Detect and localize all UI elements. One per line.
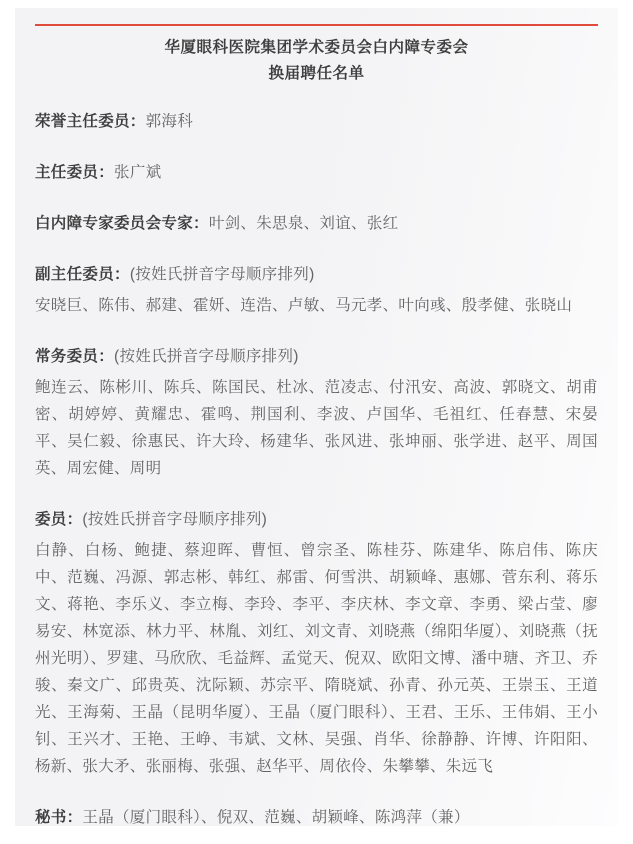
members-sort-note: (按姓氏拼音字母顺序排列)	[82, 511, 267, 528]
honorary-chair-names: 郭海科	[146, 113, 193, 130]
title-line-1: 华厦眼科医院集团学术委员会白内障专委会	[35, 35, 598, 61]
standing-members-sort-note: (按姓氏拼音字母顺序排列)	[114, 348, 299, 365]
standing-members-label: 常务委员：	[35, 348, 114, 365]
vice-chairs-names: 安晓巨、陈伟、郝建、霍妍、连浩、卢敏、马元孝、叶向彧、殷孝健、张晓山	[35, 292, 598, 319]
document-card: 华厦眼科医院集团学术委员会白内障专委会 换届聘任名单 荣誉主任委员：郭海科 主任…	[15, 8, 618, 826]
members-names: 白静、白杨、鲍捷、蔡迎晖、曹恒、曾宗圣、陈桂芬、陈建华、陈启伟、陈庆中、范巍、冯…	[35, 537, 598, 780]
section-experts: 白内障专家委员会专家：叶剑、朱思泉、刘谊、张红	[35, 210, 598, 237]
red-divider-line	[35, 24, 598, 26]
document-title: 华厦眼科医院集团学术委员会白内障专委会 换届聘任名单	[35, 35, 598, 87]
experts-names: 叶剑、朱思泉、刘谊、张红	[209, 215, 399, 232]
experts-label: 白内障专家委员会专家：	[35, 215, 209, 232]
section-members: 委员：(按姓氏拼音字母顺序排列) 白静、白杨、鲍捷、蔡迎晖、曹恒、曾宗圣、陈桂芬…	[35, 506, 598, 780]
secretaries-names: 王晶（厦门眼科）、倪双、范巍、胡颖峰、陈鸿萍（兼）	[82, 809, 469, 826]
section-honorary-chair: 荣誉主任委员：郭海科	[35, 108, 598, 135]
section-standing-members: 常务委员：(按姓氏拼音字母顺序排列) 鲍连云、陈彬川、陈兵、陈国民、杜冰、范凌志…	[35, 343, 598, 482]
members-label: 委员：	[35, 511, 82, 528]
section-secretaries: 秘书：王晶（厦门眼科）、倪双、范巍、胡颖峰、陈鸿萍（兼）	[35, 804, 598, 831]
vice-chairs-label: 副主任委员：	[35, 266, 130, 283]
title-line-2: 换届聘任名单	[35, 61, 598, 87]
secretaries-label: 秘书：	[35, 809, 82, 826]
chair-label: 主任委员：	[35, 164, 114, 181]
standing-members-names: 鲍连云、陈彬川、陈兵、陈国民、杜冰、范凌志、付汛安、高波、郭晓文、胡甫密、胡婷婷…	[35, 374, 598, 482]
vice-chairs-sort-note: (按姓氏拼音字母顺序排列)	[130, 266, 315, 283]
chair-names: 张广斌	[114, 164, 161, 181]
document-page: 华厦眼科医院集团学术委员会白内障专委会 换届聘任名单 荣誉主任委员：郭海科 主任…	[0, 0, 633, 844]
honorary-chair-label: 荣誉主任委员：	[35, 113, 146, 130]
section-vice-chairs: 副主任委员：(按姓氏拼音字母顺序排列) 安晓巨、陈伟、郝建、霍妍、连浩、卢敏、马…	[35, 261, 598, 319]
section-chair: 主任委员：张广斌	[35, 159, 598, 186]
